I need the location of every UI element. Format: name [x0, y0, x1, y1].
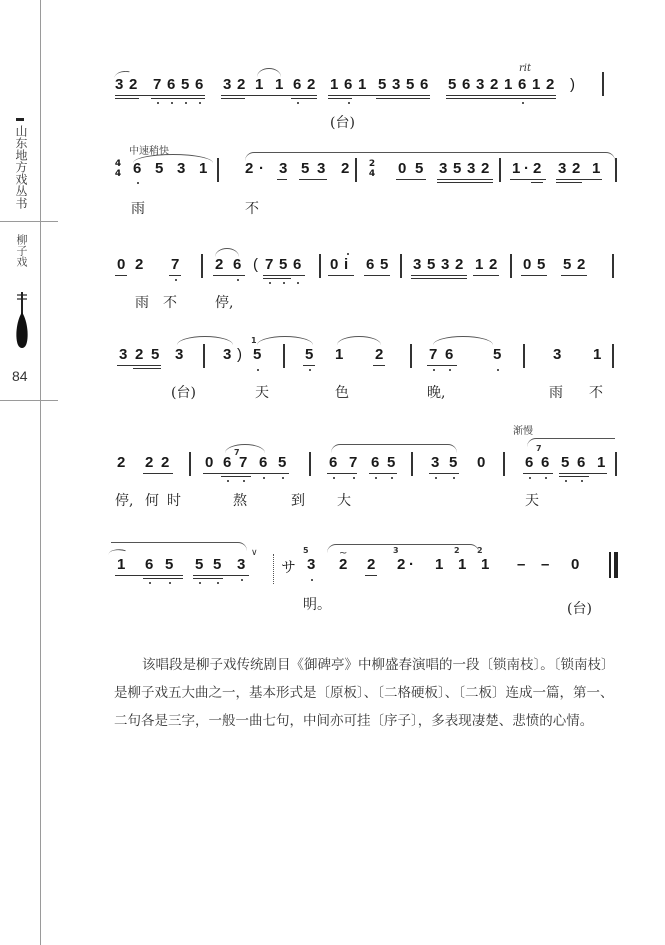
margin-rule	[40, 0, 41, 945]
sidebar-divider	[0, 400, 58, 401]
lyric: 熬	[233, 490, 247, 510]
lyric: 不	[163, 292, 177, 312]
lyric: 停,	[115, 490, 133, 510]
time-sig-den: 4	[113, 170, 123, 179]
slur	[111, 542, 247, 551]
slur	[527, 438, 615, 447]
lyric: 大	[337, 490, 351, 510]
lyric: 不	[589, 382, 603, 402]
score-line-6: 165 553 サ 322 2·111 ––0 ∨ 5 3 2 2 ~ 明。 (…	[115, 556, 620, 626]
lyric: 晚,	[427, 382, 445, 402]
tie	[215, 248, 239, 257]
series-title-text: 山东地方戏丛书	[14, 125, 28, 209]
score-line-3: 027 26( 756 0i65 353212 0552 雨 不 停,	[115, 256, 620, 316]
tie	[257, 336, 313, 345]
lyric: 天	[255, 382, 269, 402]
score-line-4: 3253 3) 5512 765 31 1 (台) 天 色 晚, 雨 不	[115, 346, 620, 406]
commentary-paragraph: 该唱段是柳子戏传统剧目《御碑亭》中柳盛春演唱的一段〔锁南枝〕。〔锁南枝〕是柳子戏…	[114, 651, 624, 735]
lyric: 雨	[131, 198, 145, 218]
lyric: 天	[525, 490, 539, 510]
commentary: 该唱段是柳子戏传统剧目《御碑亭》中柳盛春演唱的一段〔锁南枝〕。〔锁南枝〕是柳子戏…	[114, 651, 624, 735]
lyric: 停,	[215, 292, 233, 312]
lyric: 色	[335, 382, 349, 402]
rit-marking: rit	[519, 63, 531, 74]
lyric: 雨	[135, 292, 149, 312]
time-sig-num: 2	[367, 160, 377, 169]
score-line-2: 中速稍快 4 4 6531 2·3532 053532 1·2321 2 4 雨…	[115, 160, 620, 230]
slur	[331, 444, 457, 453]
lyric: 雨	[549, 382, 563, 402]
breath-mark: ∨	[251, 548, 258, 558]
lyric: (台)	[171, 382, 196, 402]
section-title: 柳子戏	[16, 234, 28, 267]
lyric: (台)	[567, 598, 592, 618]
dashed-bar	[273, 554, 275, 584]
score-line-5: 渐慢 222 06765 6765 350 66561 7 7 停, 何 时 熬…	[115, 454, 620, 514]
lyric: 时	[167, 490, 181, 510]
page-number: 84	[12, 368, 28, 384]
lyric: 何	[145, 490, 159, 510]
final-barline	[614, 552, 618, 578]
final-barline	[609, 552, 611, 578]
series-title: 山东地方戏丛书	[14, 118, 28, 212]
tie	[433, 336, 493, 345]
free-meter-mark: サ	[281, 556, 296, 577]
tie	[225, 444, 265, 453]
lyric: 不	[245, 198, 259, 218]
lyric: 到	[291, 490, 305, 510]
time-sig-den: 4	[367, 170, 377, 179]
lyric: 明。	[303, 594, 331, 614]
lyric: (台)	[330, 112, 355, 132]
time-sig-num: 4	[113, 160, 123, 169]
tempo-marking: 渐慢	[513, 422, 533, 437]
sidebar-divider	[0, 221, 58, 222]
tie	[257, 68, 281, 77]
pipa-instrument-icon	[14, 290, 30, 350]
tie	[177, 336, 233, 345]
tie	[337, 336, 381, 345]
score-line-1: 32 7656 32 11 62 161 5356 56321612 ) rit…	[115, 76, 620, 136]
